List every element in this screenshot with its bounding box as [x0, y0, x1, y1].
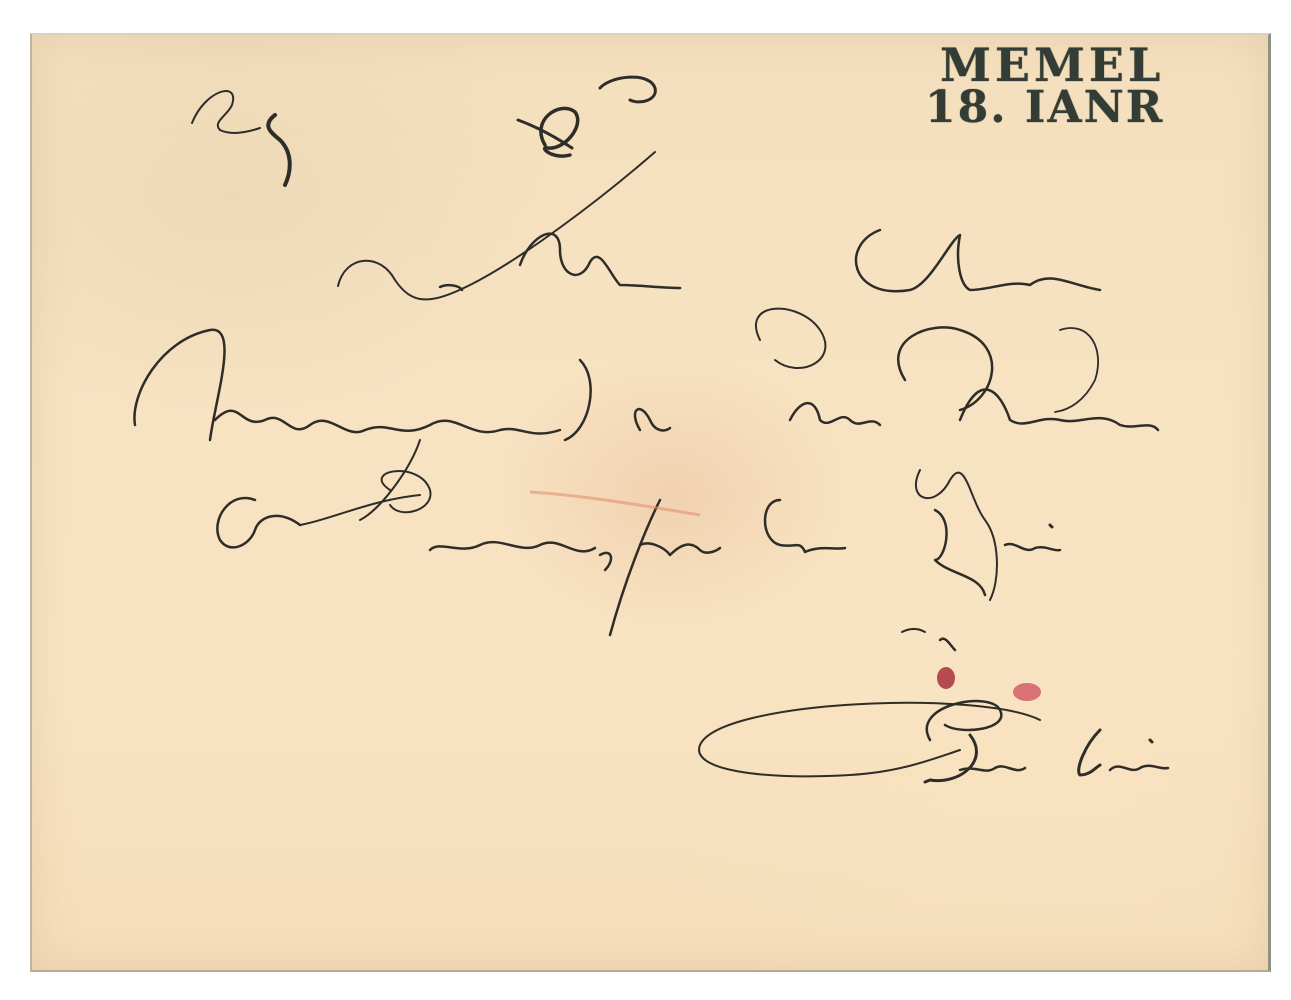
- rate-mark: 2 1/2: [195, 95, 272, 130]
- handwriting: [0, 0, 1291, 1000]
- docket-mark: Q: [530, 100, 555, 135]
- address-line-3: de Prusse, fils du Roi: [210, 510, 574, 550]
- wax-spot: [1013, 683, 1041, 701]
- address-line-1: Son Altesse Royale: [340, 250, 668, 290]
- address-line-2: Monseigneur le Prince Charles: [130, 385, 665, 425]
- wax-spot: [937, 667, 955, 689]
- address-line-5: Berlin: [900, 735, 1005, 775]
- address-line-4: à: [930, 620, 948, 655]
